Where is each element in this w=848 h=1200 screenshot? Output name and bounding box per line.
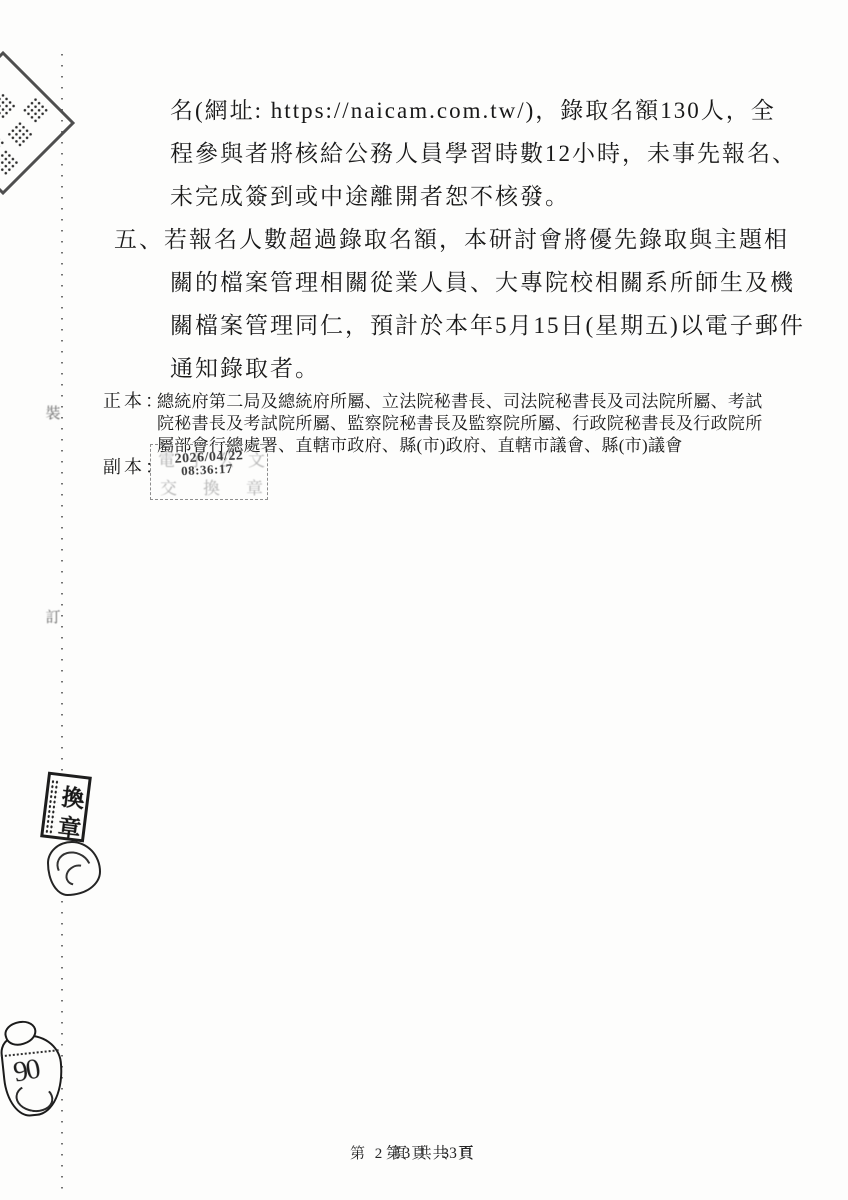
page-number-seal: 90 (0, 1031, 67, 1119)
body-line: 名(網址: https://naicam.com.tw/)，錄取名額130人，全 (170, 92, 776, 125)
seal-glyph-mark (2, 1017, 40, 1050)
body-line: 關的檔案管理相關從業人員、大專院校相關系所師生及機 (170, 264, 795, 297)
binding-mark-zhuang: 裝 (45, 402, 61, 423)
body-line: 通知錄取者。 (170, 350, 320, 383)
binding-mark-ding: 訂 (45, 606, 61, 627)
seal-glyph-mark (0, 92, 16, 119)
side-seal-char-bottom: 章 (55, 808, 85, 844)
side-seal-blob (47, 841, 101, 896)
body-line: 關檔案管理同仁，預計於本年5月15日(星期五)以電子郵件 (170, 307, 805, 340)
body-line: 未完成簽到或中途離開者恕不核發。 (170, 178, 570, 211)
seal-glyph-mark (22, 96, 49, 123)
electronic-exchange-stamp: 電子公文 交換章 2026/04/22 08:36:17 (150, 444, 268, 500)
body-line: 程參與者將核給公務人員學習時數12小時，未事先報名、 (170, 135, 797, 168)
footer-page-number-layer2: 第3頁 共3頁 (386, 1141, 474, 1163)
side-seal-stamp: 換 章 (40, 772, 92, 843)
corner-seal-stamp (0, 51, 75, 195)
seal-glyph-mark (0, 148, 19, 175)
seal-glyph-mark (7, 120, 34, 147)
scanned-document-page: 裝 訂 名(網址: https://naicam.com.tw/)，錄取名額13… (0, 0, 848, 1200)
binding-dotted-line (61, 54, 63, 1194)
seal-glyph-mark (14, 1081, 56, 1114)
body-line-item-5: 五、若報名人數超過錄取名額，本研討會將優先錄取與主題相 (114, 221, 789, 254)
